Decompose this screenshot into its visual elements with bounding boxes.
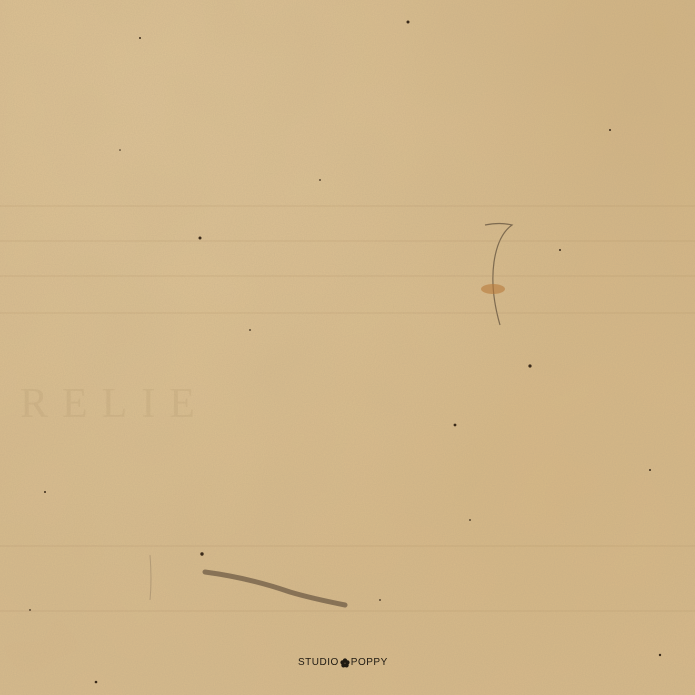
ridge-line	[0, 275, 695, 277]
flower-icon	[340, 658, 350, 668]
ridge-line	[0, 312, 695, 314]
paper-grain	[0, 0, 695, 695]
ridge-line	[0, 610, 695, 612]
ridge-line	[0, 205, 695, 207]
ridge-line	[0, 240, 695, 242]
watermark-right: POPPY	[351, 657, 388, 668]
ridge-line	[0, 545, 695, 547]
ghost-text: RELIE	[20, 380, 209, 428]
watermark-left: STUDIO	[298, 657, 339, 668]
rust-stain	[481, 284, 505, 294]
paper-texture: RELIE STUDIO POPPY	[0, 0, 695, 695]
watermark: STUDIO POPPY	[298, 657, 388, 668]
